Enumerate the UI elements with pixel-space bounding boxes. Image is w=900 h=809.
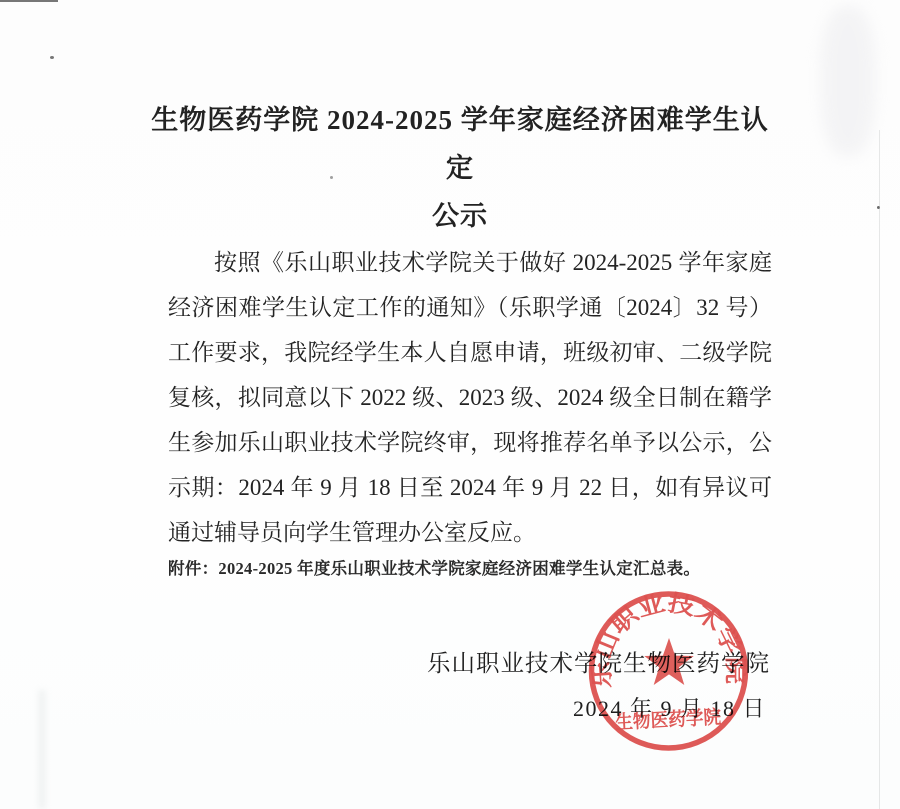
seal-bottom-text: 生物医药学院 <box>615 705 722 734</box>
body-line: 生参加乐山职业技术学院终审，现将推荐名单予以公示，公 <box>168 420 772 465</box>
body-line: 示期：2024 年 9 月 18 日至 2024 年 9 月 22 日，如有异议… <box>168 465 772 510</box>
body-line: 按照《乐山职业技术学院关于做好 2024-2025 学年家庭 <box>168 240 772 285</box>
scan-speck <box>877 206 880 209</box>
document-title-line1: 生物医药学院 2024-2025 学年家庭经济困难学生认定 <box>140 96 780 192</box>
scanned-document-page: 生物医药学院 2024-2025 学年家庭经济困难学生认定 公示 按照《乐山职业… <box>0 0 900 809</box>
scan-fold-line <box>879 130 880 809</box>
document-body: 按照《乐山职业技术学院关于做好 2024-2025 学年家庭 经济困难学生认定工… <box>168 240 772 555</box>
body-line: 复核，拟同意以下 2022 级、2023 级、2024 级全日制在籍学 <box>168 375 772 420</box>
body-line: 经济困难学生认定工作的通知》（乐职学通〔2024〕32 号） <box>168 285 772 330</box>
body-line: 通过辅导员向学生管理办公室反应。 <box>168 510 772 555</box>
scan-speck <box>50 56 54 59</box>
attachment-note: 附件：2024-2025 年度乐山职业技术学院家庭经济困难学生认定汇总表。 <box>168 555 788 579</box>
document-title-line2: 公示 <box>140 192 780 240</box>
seal-star-icon <box>644 638 693 685</box>
official-seal-graphic: 乐山职业技术学院 生物医药学院 <box>584 586 754 757</box>
scan-smudge <box>820 6 876 156</box>
body-line: 工作要求，我院经学生本人自愿申请，班级初审、二级学院 <box>168 330 772 375</box>
scan-edge-mark <box>0 0 58 2</box>
official-seal: 乐山职业技术学院 生物医药学院 <box>584 586 754 757</box>
document-title: 生物医药学院 2024-2025 学年家庭经济困难学生认定 公示 <box>140 96 780 240</box>
scan-smudge <box>38 690 46 809</box>
